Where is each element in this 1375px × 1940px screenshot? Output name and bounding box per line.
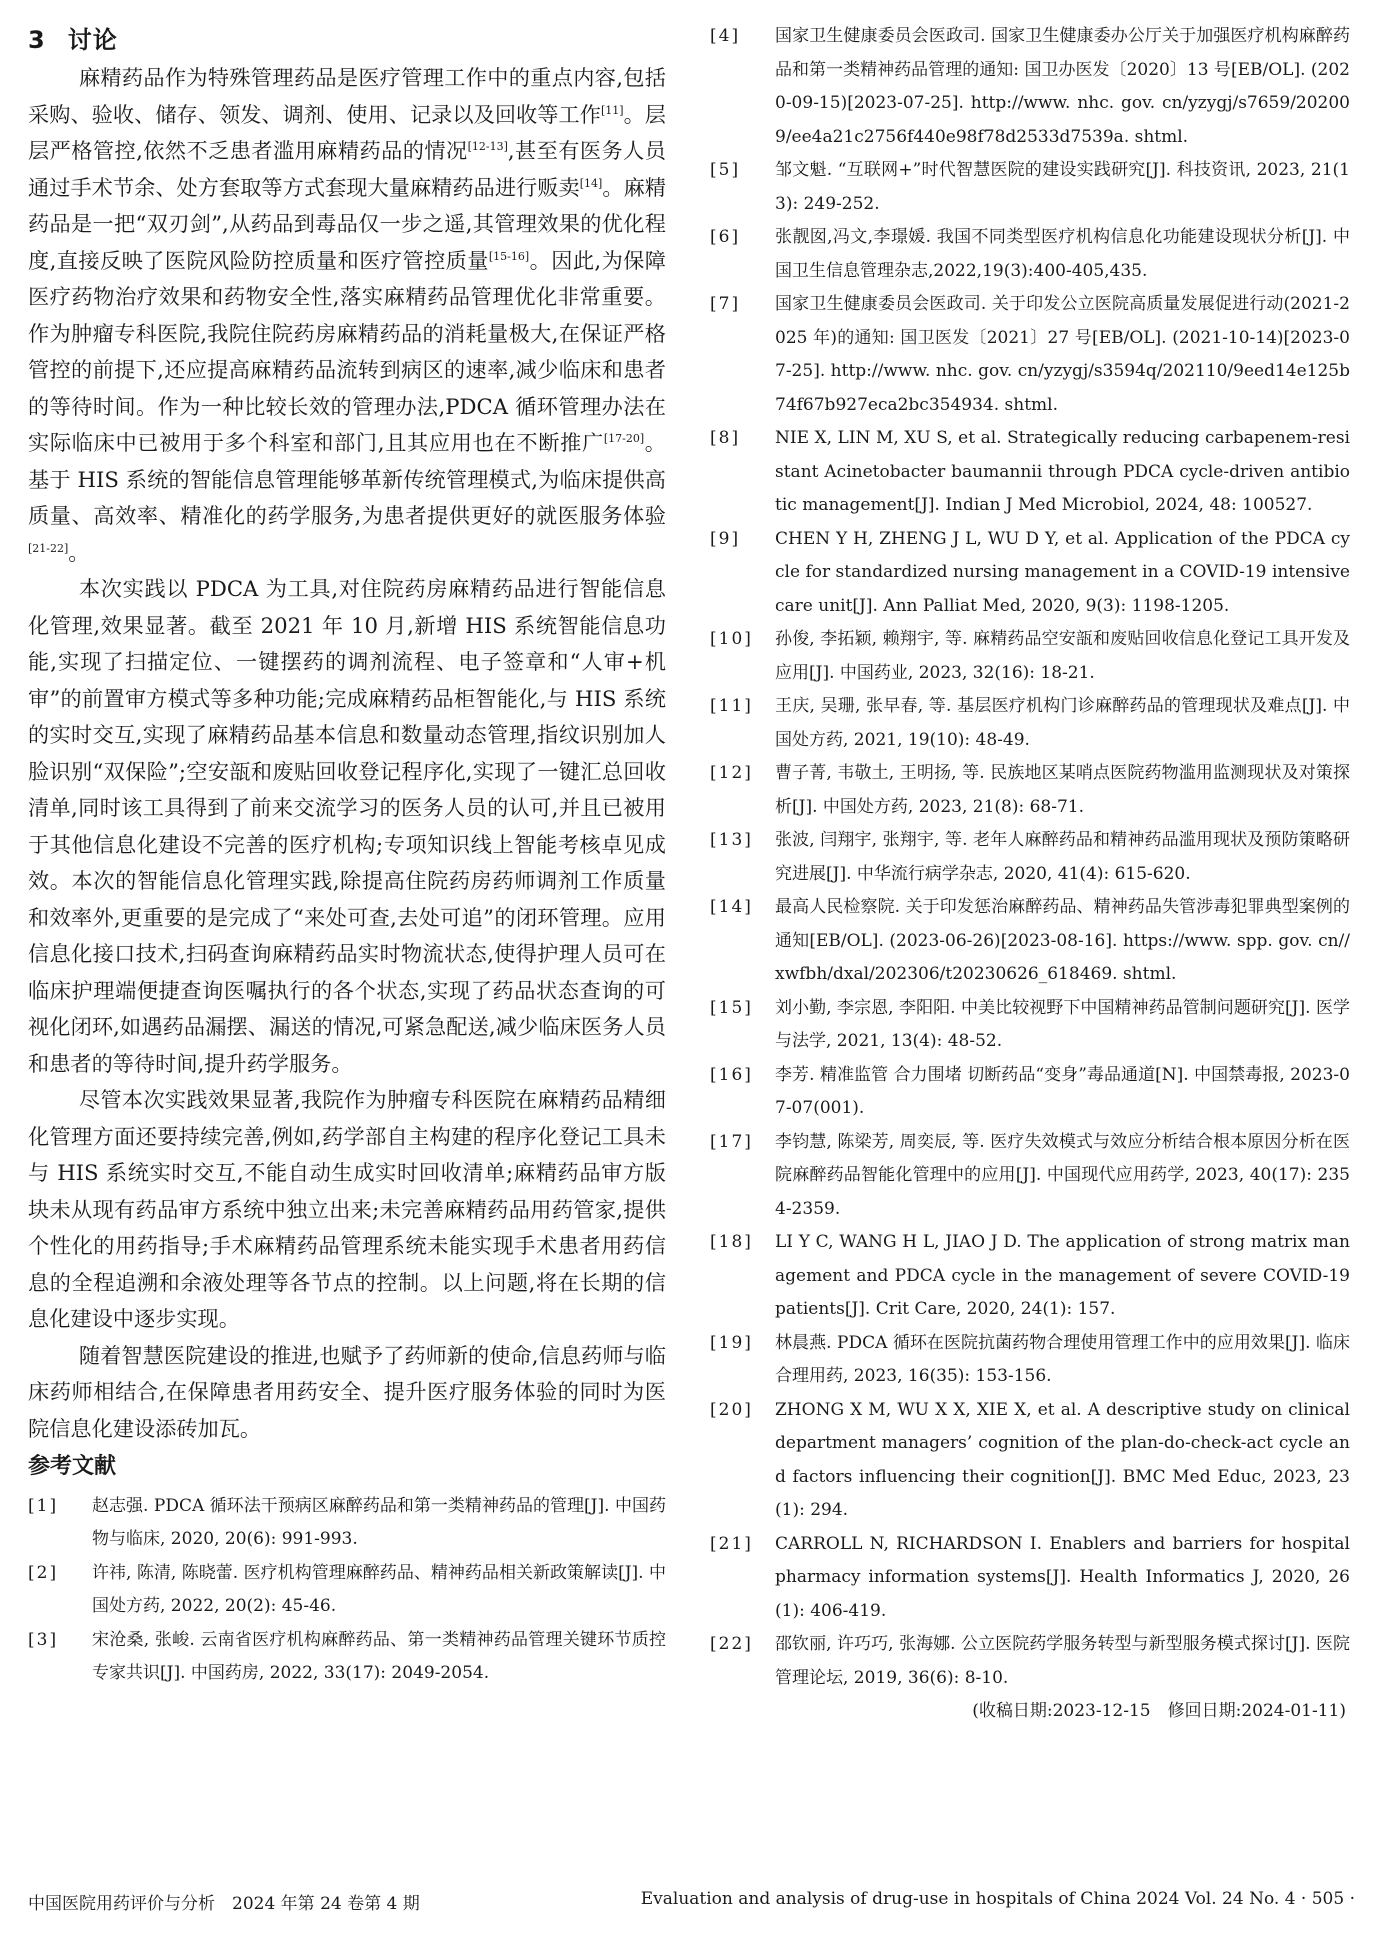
body-paragraph: 本次实践以 PDCA 为工具,对住院药房麻精药品进行智能信息化管理,效果显著。截…: [28, 571, 666, 1082]
reference-text: 国家卫生健康委员会医政司. 国家卫生健康委办公厅关于加强医疗机构麻醉药品和第一类…: [775, 26, 1350, 147]
reference-number: [16]: [710, 1059, 770, 1093]
reference-number: [12]: [710, 757, 770, 791]
reference-item: [10]孙俊, 李拓颖, 赖翔宇, 等. 麻精药品空安瓿和废贴回收信息化登记工具…: [707, 623, 1350, 690]
reference-number: [10]: [710, 623, 770, 657]
paragraph-text: 随着智慧医院建设的推进,也赋予了药师新的使命,信息药师与临床药师相结合,在保障患…: [28, 1343, 666, 1441]
reference-item: [3]宋沧桑, 张峻. 云南省医疗机构麻醉药品、第一类精神药品管理关键环节质控专…: [28, 1624, 666, 1691]
reference-number: [22]: [710, 1628, 770, 1662]
discussion-body: 麻精药品作为特殊管理药品是医疗管理工作中的重点内容,包括采购、验收、储存、领发、…: [28, 60, 666, 1691]
reference-number: [6]: [710, 221, 770, 255]
reference-text: 张波, 闫翔宇, 张翔宇, 等. 老年人麻醉药品和精神药品滥用现状及预防策略研究…: [775, 830, 1350, 884]
reference-text: 林晨燕. PDCA 循环在医院抗菌药物合理使用管理工作中的应用效果[J]. 临床…: [775, 1333, 1350, 1387]
journal-footer-cn: 中国医院用药评价与分析 2024 年第 24 卷第 4 期: [28, 1889, 420, 1914]
reference-text: 王庆, 吴珊, 张早春, 等. 基层医疗机构门诊麻醉药品的管理现状及难点[J].…: [775, 696, 1350, 750]
reference-text: 邹文魁. “互联网+”时代智慧医院的建设实践研究[J]. 科技资讯, 2023,…: [775, 160, 1350, 214]
reference-item: [21]CARROLL N, RICHARDSON I. Enablers an…: [707, 1528, 1350, 1629]
body-paragraph: 尽管本次实践效果显著,我院作为肿瘤专科医院在麻精药品精细化管理方面还要持续完善,…: [28, 1082, 666, 1338]
received-date-note: (收稿日期:2023-12-15 修回日期:2024-01-11): [707, 1695, 1350, 1728]
reference-number: [20]: [710, 1394, 770, 1428]
paragraph-text: 。: [68, 540, 89, 565]
reference-text: 最高人民检察院. 关于印发惩治麻醉药品、精神药品失管涉毒犯罪典型案例的通知[EB…: [775, 897, 1350, 984]
reference-item: [15]刘小勤, 李宗恩, 李阳阳. 中美比较视野下中国精神药品管制问题研究[J…: [707, 992, 1350, 1059]
paragraph-list: 麻精药品作为特殊管理药品是医疗管理工作中的重点内容,包括采购、验收、储存、领发、…: [28, 60, 666, 1447]
reference-number: [11]: [710, 690, 770, 724]
reference-item: [9]CHEN Y H, ZHENG J L, WU D Y, et al. A…: [707, 523, 1350, 624]
reference-text: 孙俊, 李拓颖, 赖翔宇, 等. 麻精药品空安瓿和废贴回收信息化登记工具开发及应…: [775, 629, 1350, 683]
reference-item: [16]李芳. 精准监管 合力围堵 切断药品“变身”毒品通道[N]. 中国禁毒报…: [707, 1059, 1350, 1126]
reference-item: [17]李钧慧, 陈梁芳, 周奕辰, 等. 医疗失效模式与效应分析结合根本原因分…: [707, 1126, 1350, 1227]
reference-text: 张靓囡,冯文,李璟媛. 我国不同类型医疗机构信息化功能建设现状分析[J]. 中国…: [775, 227, 1350, 281]
citation-marker[interactable]: [17-20]: [604, 432, 644, 445]
reference-list-left: [1]赵志强. PDCA 循环法干预病区麻醉药品和第一类精神药品的管理[J]. …: [28, 1490, 666, 1691]
reference-item: [8]NIE X, LIN M, XU S, et al. Strategica…: [707, 422, 1350, 523]
body-paragraph: 随着智慧医院建设的推进,也赋予了药师新的使命,信息药师与临床药师相结合,在保障患…: [28, 1338, 666, 1448]
reference-list-right: [4]国家卫生健康委员会医政司. 国家卫生健康委办公厅关于加强医疗机构麻醉药品和…: [707, 20, 1350, 1728]
reference-number: [4]: [710, 20, 770, 54]
reference-item: [18]LI Y C, WANG H L, JIAO J D. The appl…: [707, 1226, 1350, 1327]
reference-text: 宋沧桑, 张峻. 云南省医疗机构麻醉药品、第一类精神药品管理关键环节质控专家共识…: [92, 1630, 666, 1684]
section-number: 3: [28, 26, 46, 54]
reference-item: [12]曹子菁, 韦敬土, 王明扬, 等. 民族地区某哨点医院药物滥用监测现状及…: [707, 757, 1350, 824]
reference-text: 刘小勤, 李宗恩, 李阳阳. 中美比较视野下中国精神药品管制问题研究[J]. 医…: [775, 998, 1350, 1052]
citation-marker[interactable]: [11]: [601, 103, 624, 116]
reference-text: 许祎, 陈清, 陈晓蕾. 医疗机构管理麻醉药品、精神药品相关新政策解读[J]. …: [92, 1563, 666, 1617]
reference-number: [2]: [28, 1557, 88, 1591]
reference-text: CHEN Y H, ZHENG J L, WU D Y, et al. Appl…: [775, 529, 1350, 616]
reference-text: 国家卫生健康委员会医政司. 关于印发公立医院高质量发展促进行动(2021-202…: [775, 294, 1350, 415]
reference-text: 李钧慧, 陈梁芳, 周奕辰, 等. 医疗失效模式与效应分析结合根本原因分析在医院…: [775, 1132, 1350, 1219]
reference-number: [15]: [710, 992, 770, 1026]
reference-number: [18]: [710, 1226, 770, 1260]
reference-number: [5]: [710, 154, 770, 188]
section-heading: 3讨论: [28, 20, 118, 55]
reference-number: [1]: [28, 1490, 88, 1524]
reference-item: [7]国家卫生健康委员会医政司. 关于印发公立医院高质量发展促进行动(2021-…: [707, 288, 1350, 422]
reference-text: LI Y C, WANG H L, JIAO J D. The applicat…: [775, 1232, 1350, 1319]
reference-item: [5]邹文魁. “互联网+”时代智慧医院的建设实践研究[J]. 科技资讯, 20…: [707, 154, 1350, 221]
paragraph-text: 。因此,为保障医疗药物治疗效果和药物安全性,落实麻精药品管理优化非常重要。作为肿…: [28, 248, 666, 456]
reference-text: 李芳. 精准监管 合力围堵 切断药品“变身”毒品通道[N]. 中国禁毒报, 20…: [775, 1065, 1350, 1119]
reference-item: [20]ZHONG X M, WU X X, XIE X, et al. A d…: [707, 1394, 1350, 1528]
reference-text: NIE X, LIN M, XU S, et al. Strategically…: [775, 428, 1350, 515]
section-title: 讨论: [68, 26, 118, 54]
citation-marker[interactable]: [21-22]: [28, 541, 68, 554]
reference-number: [7]: [710, 288, 770, 322]
reference-text: 邵钦丽, 许巧巧, 张海娜. 公立医院药学服务转型与新型服务模式探讨[J]. 医…: [775, 1634, 1350, 1688]
reference-item: [6]张靓囡,冯文,李璟媛. 我国不同类型医疗机构信息化功能建设现状分析[J].…: [707, 221, 1350, 288]
paragraph-text: 本次实践以 PDCA 为工具,对住院药房麻精药品进行智能信息化管理,效果显著。截…: [28, 576, 666, 1076]
reference-number: [3]: [28, 1624, 88, 1658]
reference-number: [9]: [710, 523, 770, 557]
reference-item: [22]邵钦丽, 许巧巧, 张海娜. 公立医院药学服务转型与新型服务模式探讨[J…: [707, 1628, 1350, 1695]
reference-number: [21]: [710, 1528, 770, 1562]
reference-item: [2]许祎, 陈清, 陈晓蕾. 医疗机构管理麻醉药品、精神药品相关新政策解读[J…: [28, 1557, 666, 1624]
reference-item: [14]最高人民检察院. 关于印发惩治麻醉药品、精神药品失管涉毒犯罪典型案例的通…: [707, 891, 1350, 992]
citation-marker[interactable]: [12-13]: [468, 140, 508, 153]
reference-item: [19]林晨燕. PDCA 循环在医院抗菌药物合理使用管理工作中的应用效果[J]…: [707, 1327, 1350, 1394]
body-paragraph: 麻精药品作为特殊管理药品是医疗管理工作中的重点内容,包括采购、验收、储存、领发、…: [28, 60, 666, 571]
citation-marker[interactable]: [15-16]: [489, 249, 529, 262]
reference-item: [1]赵志强. PDCA 循环法干预病区麻醉药品和第一类精神药品的管理[J]. …: [28, 1490, 666, 1557]
reference-item: [4]国家卫生健康委员会医政司. 国家卫生健康委办公厅关于加强医疗机构麻醉药品和…: [707, 20, 1350, 154]
reference-text: 赵志强. PDCA 循环法干预病区麻醉药品和第一类精神药品的管理[J]. 中国药…: [92, 1496, 666, 1550]
paragraph-text: 麻精药品作为特殊管理药品是医疗管理工作中的重点内容,包括采购、验收、储存、领发、…: [28, 65, 666, 127]
reference-text: 曹子菁, 韦敬土, 王明扬, 等. 民族地区某哨点医院药物滥用监测现状及对策探析…: [775, 763, 1350, 817]
reference-number: [8]: [710, 422, 770, 456]
reference-number: [14]: [710, 891, 770, 925]
reference-item: [11]王庆, 吴珊, 张早春, 等. 基层医疗机构门诊麻醉药品的管理现状及难点…: [707, 690, 1350, 757]
reference-number: [13]: [710, 824, 770, 858]
citation-marker[interactable]: [14]: [580, 176, 603, 189]
paragraph-text: 尽管本次实践效果显著,我院作为肿瘤专科医院在麻精药品精细化管理方面还要持续完善,…: [28, 1087, 666, 1331]
reference-text: ZHONG X M, WU X X, XIE X, et al. A descr…: [775, 1400, 1350, 1521]
reference-text: CARROLL N, RICHARDSON I. Enablers and ba…: [775, 1534, 1350, 1621]
reference-item: [13]张波, 闫翔宇, 张翔宇, 等. 老年人麻醉药品和精神药品滥用现状及预防…: [707, 824, 1350, 891]
references-heading: 参考文献: [28, 1449, 666, 1486]
journal-footer-en: Evaluation and analysis of drug-use in h…: [641, 1889, 1355, 1909]
reference-number: [19]: [710, 1327, 770, 1361]
reference-number: [17]: [710, 1126, 770, 1160]
